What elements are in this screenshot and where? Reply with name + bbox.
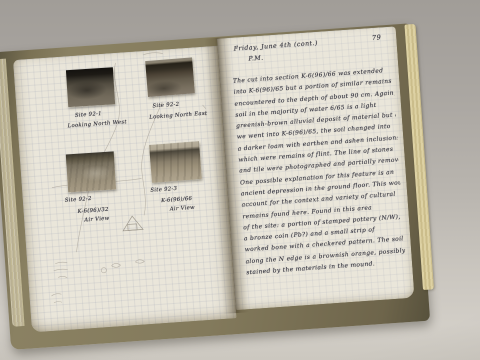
handwritten-notes: The cut into section K-6(96)/66 was exte…	[233, 66, 407, 280]
photo-4-caption-line-3: Air View	[169, 204, 195, 215]
excavation-photo-2	[145, 57, 195, 97]
right-page: 79 Friday, June 4th (cont.) P.M. The cut…	[217, 26, 415, 310]
pencil-sketch	[13, 46, 237, 333]
page-number: 79	[372, 33, 382, 42]
time-heading: P.M.	[248, 55, 264, 63]
photo-3-caption-line-3: Air View	[84, 215, 110, 226]
photo-3-caption-line-1: Site 92-2	[65, 195, 92, 206]
photo-2-caption-line-2: Looking North East	[149, 110, 208, 123]
photograph-scene: Site 92-1 Looking North West Site 92-2 L…	[0, 0, 480, 360]
photo-2-caption-line-1: Site 92-2	[152, 101, 179, 112]
excavation-photo-3	[66, 151, 116, 192]
excavation-photo-1	[66, 67, 115, 107]
photo-4-caption-line-1: Site 92-3	[150, 185, 177, 196]
open-notebook: Site 92-1 Looking North West Site 92-2 L…	[5, 26, 434, 339]
excavation-photo-4	[149, 141, 202, 183]
date-heading: Friday, June 4th (cont.)	[233, 40, 318, 53]
left-page: Site 92-1 Looking North West Site 92-2 L…	[13, 46, 237, 333]
